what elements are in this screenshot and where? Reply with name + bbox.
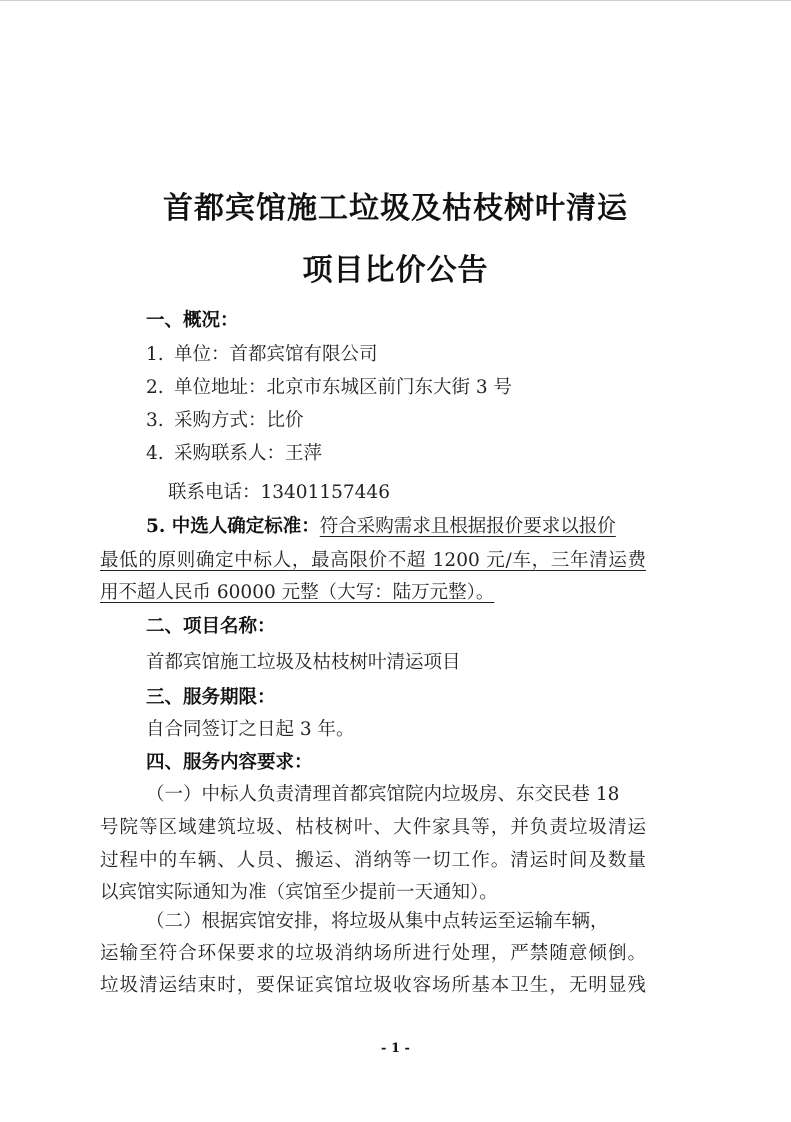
contact-phone: 联系电话：13401157446	[168, 478, 390, 504]
page-top-border	[0, 0, 791, 1]
section4-heading: 四、服务内容要求：	[146, 748, 313, 774]
section3-heading: 三、服务期限：	[146, 683, 276, 709]
overview-item-3: 3.采购方式：比价	[146, 406, 304, 432]
item-text: 采购方式：比价	[174, 410, 304, 431]
item-number: 1.	[146, 344, 174, 365]
page-number: - 1 -	[0, 1041, 791, 1056]
document-title-line2: 项目比价公告	[0, 245, 791, 289]
item-number: 3.	[146, 410, 174, 431]
para1-line2: 号院等区域建筑垃圾、枯枝树叶、大件家具等，并负责垃圾清运	[100, 813, 646, 839]
para1-line1: （一）中标人负责清理首都宾馆院内垃圾房、东交民巷 18	[146, 780, 692, 806]
criteria-text-1: 符合采购需求且根据报价要求以报价	[320, 516, 616, 537]
para2-line2: 运输至符合环保要求的垃圾消纳场所进行处理，严禁随意倾倒。	[100, 939, 646, 965]
project-name: 首都宾馆施工垃圾及枯枝树叶清运项目	[146, 648, 461, 674]
overview-item-1: 1.单位：首都宾馆有限公司	[146, 340, 378, 366]
service-period: 自合同签订之日起 3 年。	[146, 715, 355, 741]
para2-line3: 垃圾清运结束时，要保证宾馆垃圾收容场所基本卫生，无明显残	[100, 971, 646, 997]
item-text: 采购联系人：王萍	[174, 443, 322, 464]
overview-item-2: 2.单位地址：北京市东城区前门东大街 3 号	[146, 373, 512, 399]
criteria-line1: 5. 中选人确定标准：符合采购需求且根据报价要求以报价	[146, 512, 616, 538]
document-title-line1: 首都宾馆施工垃圾及枯枝树叶清运	[0, 183, 791, 227]
item-number: 2.	[146, 377, 174, 398]
para1-line3: 过程中的车辆、人员、搬运、消纳等一切工作。清运时间及数量	[100, 846, 646, 872]
criteria-line2: 最低的原则确定中标人，最高限价不超 1200 元/车，三年清运费	[100, 546, 646, 572]
overview-item-4: 4.采购联系人：王萍	[146, 439, 322, 465]
para1-line4: 以宾馆实际通知为准（宾馆至少提前一天通知）。	[100, 878, 498, 904]
section1-heading: 一、概况：	[146, 306, 239, 332]
item-text: 单位：首都宾馆有限公司	[174, 344, 378, 365]
item-text: 单位地址：北京市东城区前门东大街 3 号	[174, 377, 512, 398]
para2-line1: （二）根据宾馆安排，将垃圾从集中点转运至运输车辆，	[146, 907, 609, 933]
item-number: 4.	[146, 443, 174, 464]
section2-heading: 二、项目名称：	[146, 612, 276, 638]
criteria-line3: 用不超人民币 60000 元整（大写：陆万元整）。	[100, 578, 494, 604]
criteria-label: 5. 中选人确定标准：	[146, 516, 320, 537]
